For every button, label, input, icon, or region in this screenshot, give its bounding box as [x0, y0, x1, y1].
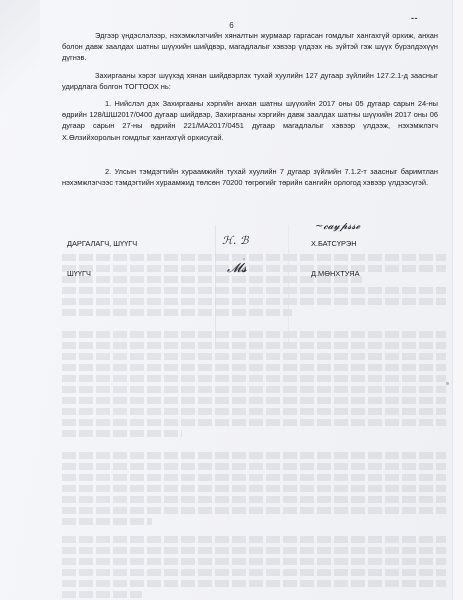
signature-role: ДАРГАЛАГЧ, ШҮҮГЧ — [67, 239, 137, 248]
scan-speck — [243, 258, 245, 260]
paragraph-ruling-basis: Захиргааны хэрэг шүүхэд хянан шийдвэрлэх… — [62, 70, 438, 92]
ruling-item-2: 2. Улсын тэмдэгтийн хураамжийн тухай хуу… — [62, 166, 438, 188]
scan-speck — [446, 382, 449, 385]
corner-mark: - - — [411, 13, 417, 23]
handwritten-signature: 𝓜𝓼 — [227, 261, 247, 276]
page-edge — [452, 0, 463, 600]
fold-shadow — [0, 0, 40, 120]
handwritten-signature: ℋ. ℬ — [222, 234, 249, 247]
handwritten-signature-upper: ~𝓬𝓪𝔂𝓹𝓼𝓼𝓮 — [315, 221, 360, 232]
signature-role: ШҮҮГЧ — [67, 269, 91, 278]
ruling-item-1: 1. Нийслэл дэх Захиргааны хэргийн анхан … — [62, 98, 438, 143]
scanned-page: 6 - - Эдгээр үндэслэлээр, нэхэмжлэгчийн … — [0, 0, 463, 600]
signatory-name: Д.МӨНХТУЯА — [311, 269, 360, 278]
signatory-name: Х.БАТСҮРЭН — [311, 239, 357, 248]
paragraph-conclusion: Эдгээр үндэслэлээр, нэхэмжлэгчийн хяналт… — [62, 30, 438, 64]
page-number: 6 — [0, 21, 463, 30]
